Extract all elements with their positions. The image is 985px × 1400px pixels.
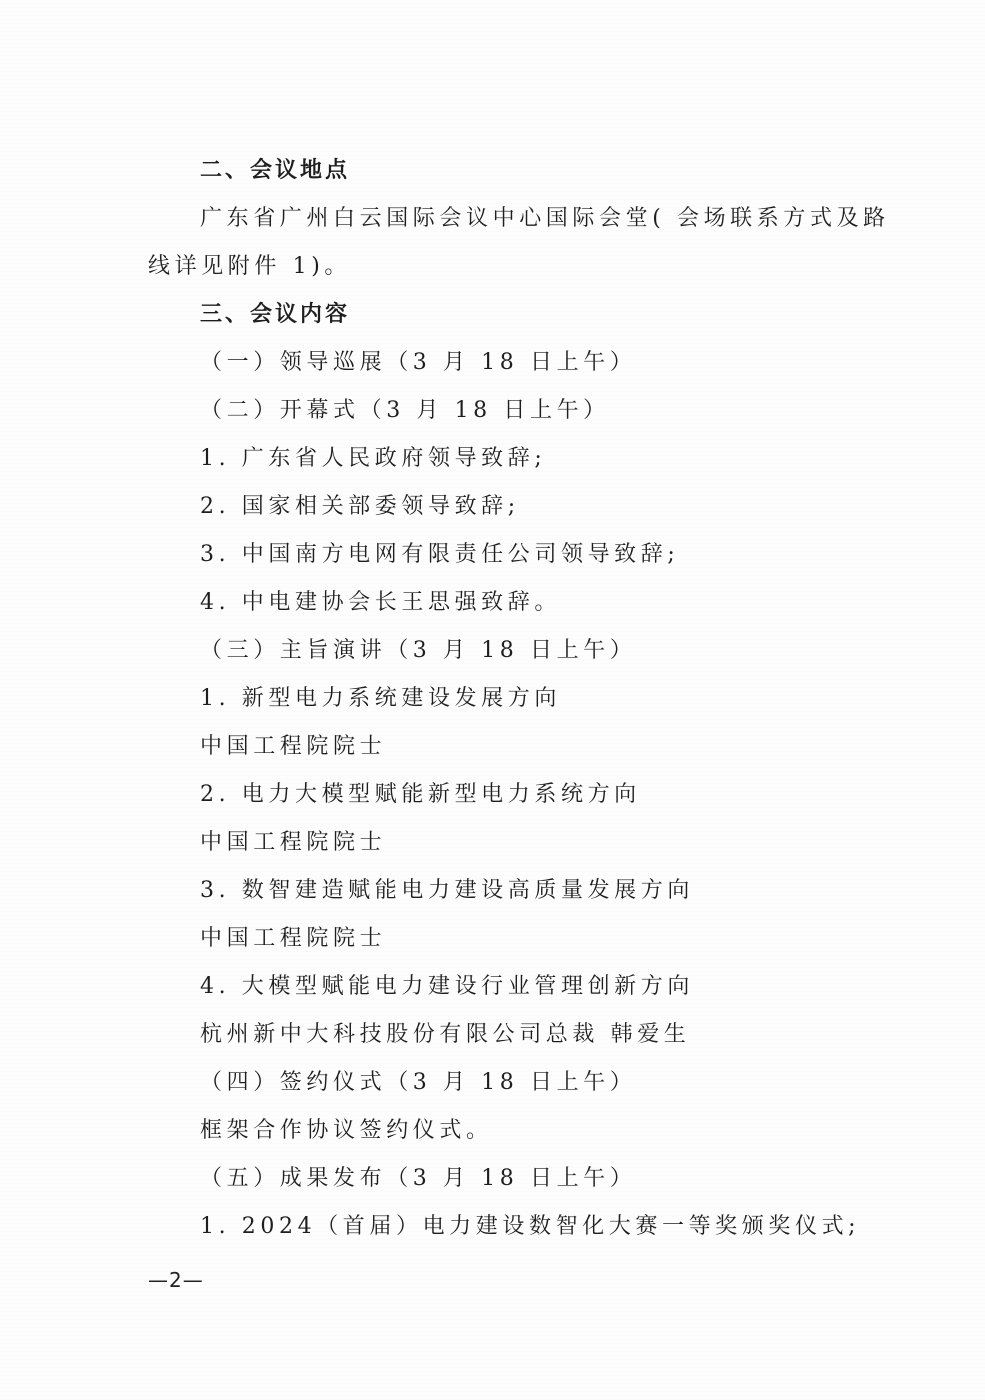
subheading-opening: （二）开幕式（3 月 18 日上午） — [200, 396, 610, 426]
venue-paragraph-line-1: 广东省广州白云国际会议中心国际会堂( 会场联系方式及路 — [200, 204, 890, 234]
opening-item-3: 3. 中国南方电网有限责任公司领导致辞; — [200, 540, 679, 570]
keynote-item-2: 2. 电力大模型赋能新型电力系统方向 — [200, 780, 641, 810]
results-item-1: 1. 2024（首届）电力建设数智化大赛一等奖颁奖仪式; — [200, 1212, 860, 1242]
subheading-results: （五）成果发布（3 月 18 日上午） — [200, 1164, 636, 1194]
subheading-leader-tour: （一）领导巡展（3 月 18 日上午） — [200, 348, 636, 378]
subheading-signing: （四）签约仪式（3 月 18 日上午） — [200, 1068, 636, 1098]
keynote-item-4: 4. 大模型赋能电力建设行业管理创新方向 — [200, 972, 694, 1002]
section-heading-content: 三、会议内容 — [200, 300, 350, 330]
keynote-speaker-3: 中国工程院院士 — [200, 924, 386, 954]
keynote-speaker-1: 中国工程院院士 — [200, 732, 386, 762]
section-heading-venue: 二、会议地点 — [200, 156, 350, 186]
keynote-item-1: 1. 新型电力系统建设发展方向 — [200, 684, 561, 714]
opening-item-2: 2. 国家相关部委领导致辞; — [200, 492, 520, 522]
keynote-item-3: 3. 数智建造赋能电力建设高质量发展方向 — [200, 876, 694, 906]
document-page: 二、会议地点 广东省广州白云国际会议中心国际会堂( 会场联系方式及路 线详见附件… — [0, 0, 985, 1400]
opening-item-1: 1. 广东省人民政府领导致辞; — [200, 444, 546, 474]
keynote-speaker-2: 中国工程院院士 — [200, 828, 386, 858]
subheading-keynote: （三）主旨演讲（3 月 18 日上午） — [200, 636, 636, 666]
signing-paragraph: 框架合作协议签约仪式。 — [200, 1116, 493, 1146]
venue-paragraph-line-2: 线详见附件 1)。 — [148, 252, 351, 282]
opening-item-4: 4. 中电建协会长王思强致辞。 — [200, 588, 561, 618]
keynote-speaker-4: 杭州新中大科技股份有限公司总裁 韩爱生 — [200, 1020, 690, 1050]
page-number: —2— — [148, 1268, 204, 1292]
